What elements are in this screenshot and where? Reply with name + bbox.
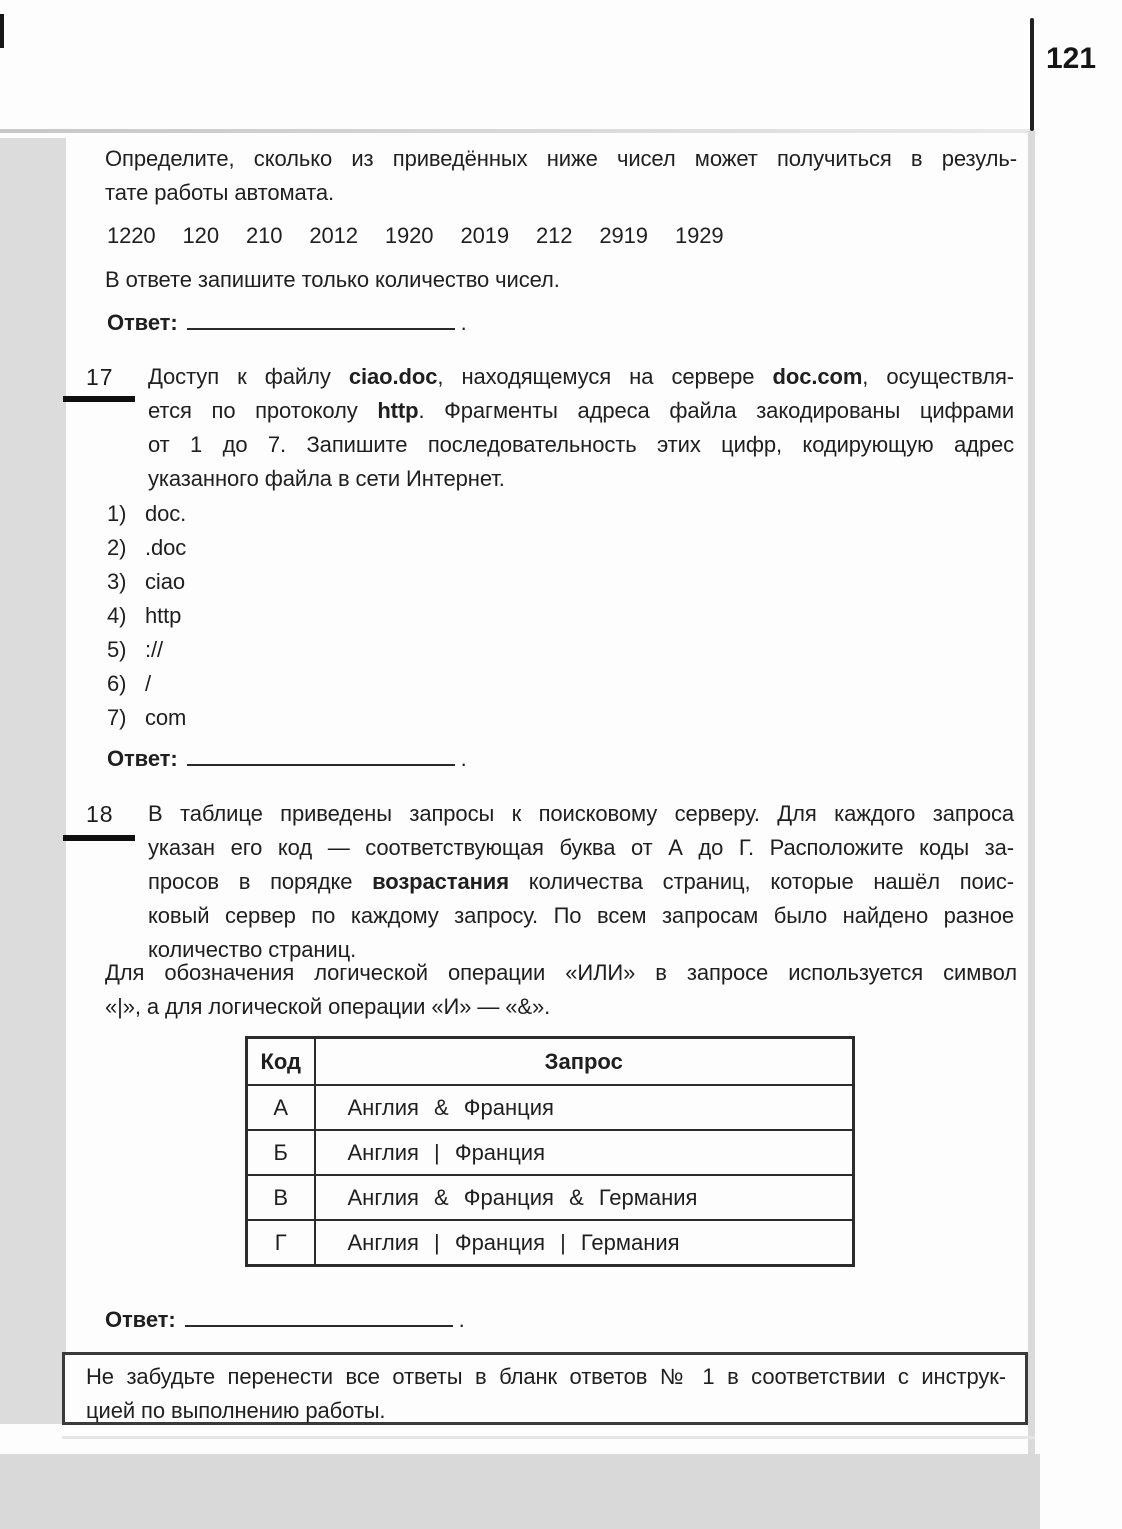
option-text: .doc [145, 535, 186, 560]
numbers-row: 122012021020121920201921229191929 [107, 219, 1019, 253]
answer-label: Ответ: [107, 310, 178, 335]
query-table: Код Запрос А Англия & Франция Б Англия |… [245, 1036, 855, 1267]
answer-blank [187, 308, 455, 330]
task17-line: указанного файла в сети Интернет. [148, 462, 1014, 496]
list-item: 7)com [107, 701, 186, 735]
task17-line: от 1 до 7. Запишите последовательность э… [148, 428, 1014, 462]
code-cell: В [247, 1175, 315, 1220]
code-cell: Г [247, 1220, 315, 1266]
task17-line: Доступ к файлу ciao.doc, находящемуся на… [148, 360, 1014, 394]
answer-period: . [461, 310, 467, 335]
footer-note-line: Не забудьте перенести все ответы в бланк… [86, 1360, 1006, 1394]
table-row: Г Англия | Франция | Германия [247, 1220, 854, 1266]
scan-corner-mark [0, 14, 4, 48]
option-number: 2) [107, 531, 145, 565]
task18-line: В таблице приведены запросы к поисковому… [148, 797, 1014, 831]
table-header-row: Код Запрос [247, 1038, 854, 1086]
task18-line: ковый сервер по каждому запросу. По всем… [148, 899, 1014, 933]
legend-line: Для обозначения логической операции «ИЛИ… [105, 956, 1017, 990]
option-text: / [145, 671, 151, 696]
task17-line: ется по протоколу http. Фрагменты адреса… [148, 394, 1014, 428]
task-number-18: 18 [86, 801, 114, 828]
answer-label: Ответ: [107, 746, 178, 771]
code-cell: А [247, 1085, 315, 1130]
legend-line: «|», а для логической операции «И» — «&»… [105, 990, 1017, 1024]
table-row: В Англия & Франция & Германия [247, 1175, 854, 1220]
option-text: com [145, 705, 186, 730]
intro-line: Определите, сколько из приведённых ниже … [105, 142, 1017, 176]
list-item: 5):// [107, 633, 186, 667]
code-cell: Б [247, 1130, 315, 1175]
table-header-code: Код [247, 1038, 315, 1086]
list-item: 1)doc. [107, 497, 186, 531]
query-cell: Англия & Франция & Германия [315, 1175, 854, 1220]
option-number: 3) [107, 565, 145, 599]
option-number: 4) [107, 599, 145, 633]
answer-line: Ответ:. [107, 306, 467, 340]
option-number: 6) [107, 667, 145, 701]
option-number: 1) [107, 497, 145, 531]
answer-blank [185, 1305, 453, 1327]
task18-line: просов в порядке возрастания количества … [148, 865, 1014, 899]
intro-note: В ответе запишите только количество чисе… [105, 263, 1017, 297]
option-number: 7) [107, 701, 145, 735]
page-top-edge-shadow [0, 129, 1032, 133]
page-bottom-edge-shadow [62, 1436, 1035, 1439]
answer-line: Ответ:. [107, 742, 467, 776]
option-text: doc. [145, 501, 186, 526]
footer-note-box: Не забудьте перенести все ответы в бланк… [62, 1352, 1028, 1425]
task-17-marker-bar [63, 396, 135, 402]
option-text: ciao [145, 569, 185, 594]
task17-options-list: 1)doc. 2).doc 3)ciao 4)http 5):// 6)/ 7)… [107, 497, 186, 735]
query-cell: Англия | Франция [315, 1130, 854, 1175]
footer-note-line: цией по выполнению работы. [86, 1394, 1006, 1428]
answer-line: Ответ:. [105, 1303, 465, 1337]
answer-period: . [459, 1307, 465, 1332]
scanned-page: 121 Определите, сколько из приведённых н… [0, 0, 1122, 1529]
list-item: 6)/ [107, 667, 186, 701]
left-margin-shadow [0, 138, 66, 1424]
intro-line: тате работы автомата. [105, 176, 1017, 210]
table-row: Б Англия | Франция [247, 1130, 854, 1175]
task-number-17: 17 [86, 364, 114, 391]
list-item: 3)ciao [107, 565, 186, 599]
list-item: 2).doc [107, 531, 186, 565]
answer-label: Ответ: [105, 1307, 176, 1332]
list-item: 4)http [107, 599, 186, 633]
option-text: http [145, 603, 181, 628]
page-number: 121 [1046, 42, 1096, 76]
page-edge-bar [1030, 18, 1034, 131]
page-right-edge-shadow [1028, 131, 1035, 1455]
query-cell: Англия & Франция [315, 1085, 854, 1130]
table-row: А Англия & Франция [247, 1085, 854, 1130]
answer-blank [187, 744, 455, 766]
query-cell: Англия | Франция | Германия [315, 1220, 854, 1266]
option-text: :// [145, 637, 163, 662]
bottom-margin-shadow [0, 1454, 1040, 1529]
option-number: 5) [107, 633, 145, 667]
answer-period: . [461, 746, 467, 771]
task-18-marker-bar [63, 835, 135, 841]
table-header-query: Запрос [315, 1038, 854, 1086]
task18-line: указан его код — соответствующая буква о… [148, 831, 1014, 865]
